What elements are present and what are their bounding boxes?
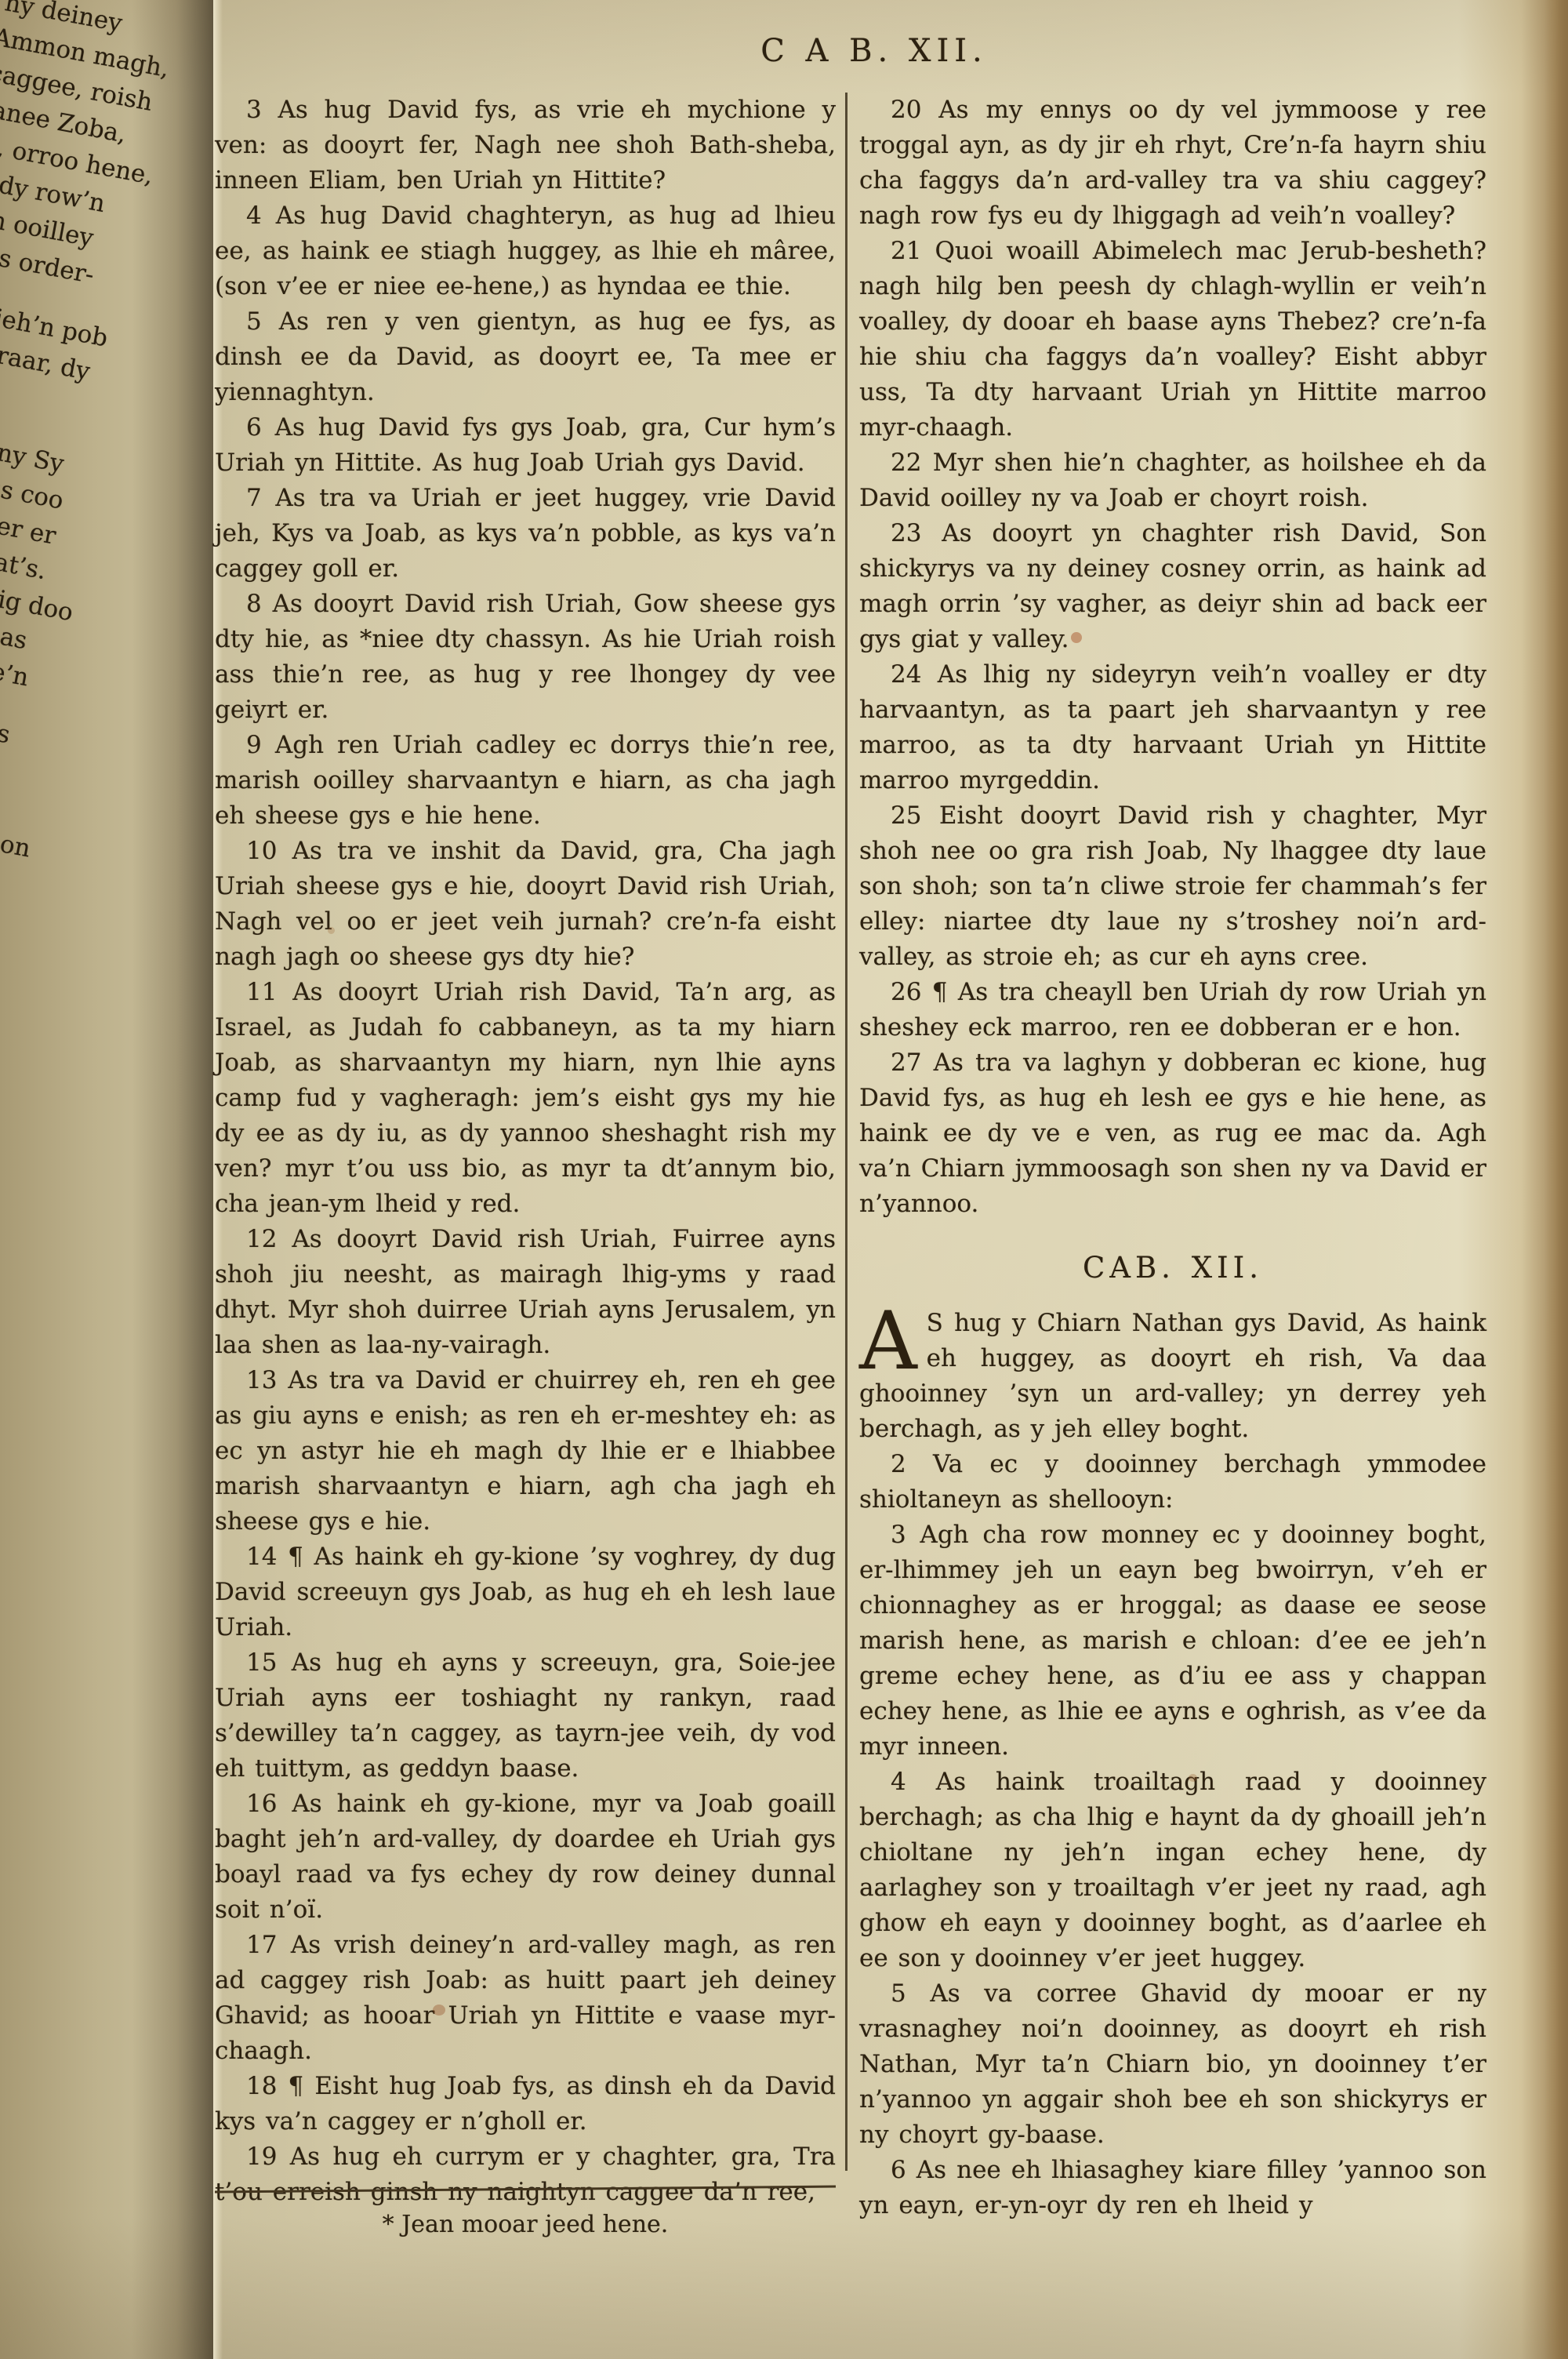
chapter12-verses: 2 Va ec y dooinney berchagh ymmodee shio… [859,1447,1486,2223]
verse: 5 As va corree Ghavid dy mooar er ny vra… [859,1976,1486,2153]
verse: 27 As tra va laghyn y dobberan ec kione,… [859,1045,1486,1222]
verse: 10 As tra ve inshit da David, gra, Cha j… [215,834,836,975]
verse: 6 As nee eh lhiasaghey kiare filley ’yan… [859,2153,1486,2223]
verse: 21 Quoi woaill Abimelech mac Jerub-beshe… [859,234,1486,445]
verse-text: S hug y Chiarn Nathan gys David, As hain… [859,1309,1486,1443]
verse: 25 Eisht dooyrt David rish y chaghter, M… [859,798,1486,975]
verse: 5 As ren y ven gientyn, as hug ee fys, a… [215,304,836,410]
verse: 17 As vrish deiney’n ard-valley magh, as… [215,1928,836,2069]
running-head: C A B. XII. [690,33,1058,69]
verse: 13 As tra va David er chuirrey eh, ren e… [215,1363,836,1539]
footnote: * Jean mooar jeed hene. [215,2188,836,2238]
verse: 14 ¶ As haink eh gy-kione ’sy voghrey, d… [215,1539,836,1645]
book-page-photo: { "running_head": "C A B. XII.", "left_c… [0,0,1568,2359]
chapter11-verses: 20 As my ennys oo dy vel jymmoose y ree … [859,93,1486,1222]
verse: 22 Myr shen hie’n chaghter, as hoilshee … [859,445,1486,516]
dropcap-initial: A [859,1310,917,1373]
footnote-text: * Jean mooar jeed hene. [215,2211,836,2238]
verse: AS hug y Chiarn Nathan gys David, As hai… [859,1306,1486,1447]
verse: 20 As my ennys oo dy vel jymmoose y ree … [859,93,1486,234]
verse: 18 ¶ Eisht hug Joab fys, as dinsh eh da … [215,2069,836,2139]
chapter-heading: CAB. XII. [859,1250,1486,1285]
page-stack-edge [1544,0,1568,2359]
verse: 9 Agh ren Uriah cadley ec dorrys thie’n … [215,728,836,834]
verse: 16 As haink eh gy-kione, myr va Joab goa… [215,1787,836,1928]
verse: 2 Va ec y dooinney berchagh ymmodee shio… [859,1447,1486,1518]
verse: 23 As dooyrt yn chaghter rish David, Son… [859,516,1486,657]
verse: 26 ¶ As tra cheayll ben Uriah dy row Uri… [859,975,1486,1045]
verse: 11 As dooyrt Uriah rish David, Ta’n arg,… [215,975,836,1222]
verse: 15 As hug eh ayns y screeuyn, gra, Soie-… [215,1645,836,1787]
verse: 4 As hug David chaghteryn, as hug ad lhi… [215,198,836,304]
verse: 3 Agh cha row monney ec y dooinney boght… [859,1518,1486,1765]
verse: 4 As haink troailtagh raad y dooinney be… [859,1765,1486,1976]
column-divider-rule [845,93,848,2171]
verse: 6 As hug David fys gys Joab, gra, Cur hy… [215,410,836,481]
left-text-column: 3 As hug David fys, as vrie eh mychione … [215,93,836,2210]
verse: 8 As dooyrt David rish Uriah, Gow sheese… [215,587,836,728]
verse: 12 As dooyrt David rish Uriah, Fuirree a… [215,1222,836,1363]
verse: 7 As tra va Uriah er jeet huggey, vrie D… [215,481,836,587]
verse: 24 As lhig ny sideyryn veih’n voalley er… [859,657,1486,798]
verse: 3 As hug David fys, as vrie eh mychione … [215,93,836,198]
right-text-column: 20 As my ennys oo dy vel jymmoose y ree … [859,93,1486,2223]
gutter-fold-shadow [132,0,213,2359]
